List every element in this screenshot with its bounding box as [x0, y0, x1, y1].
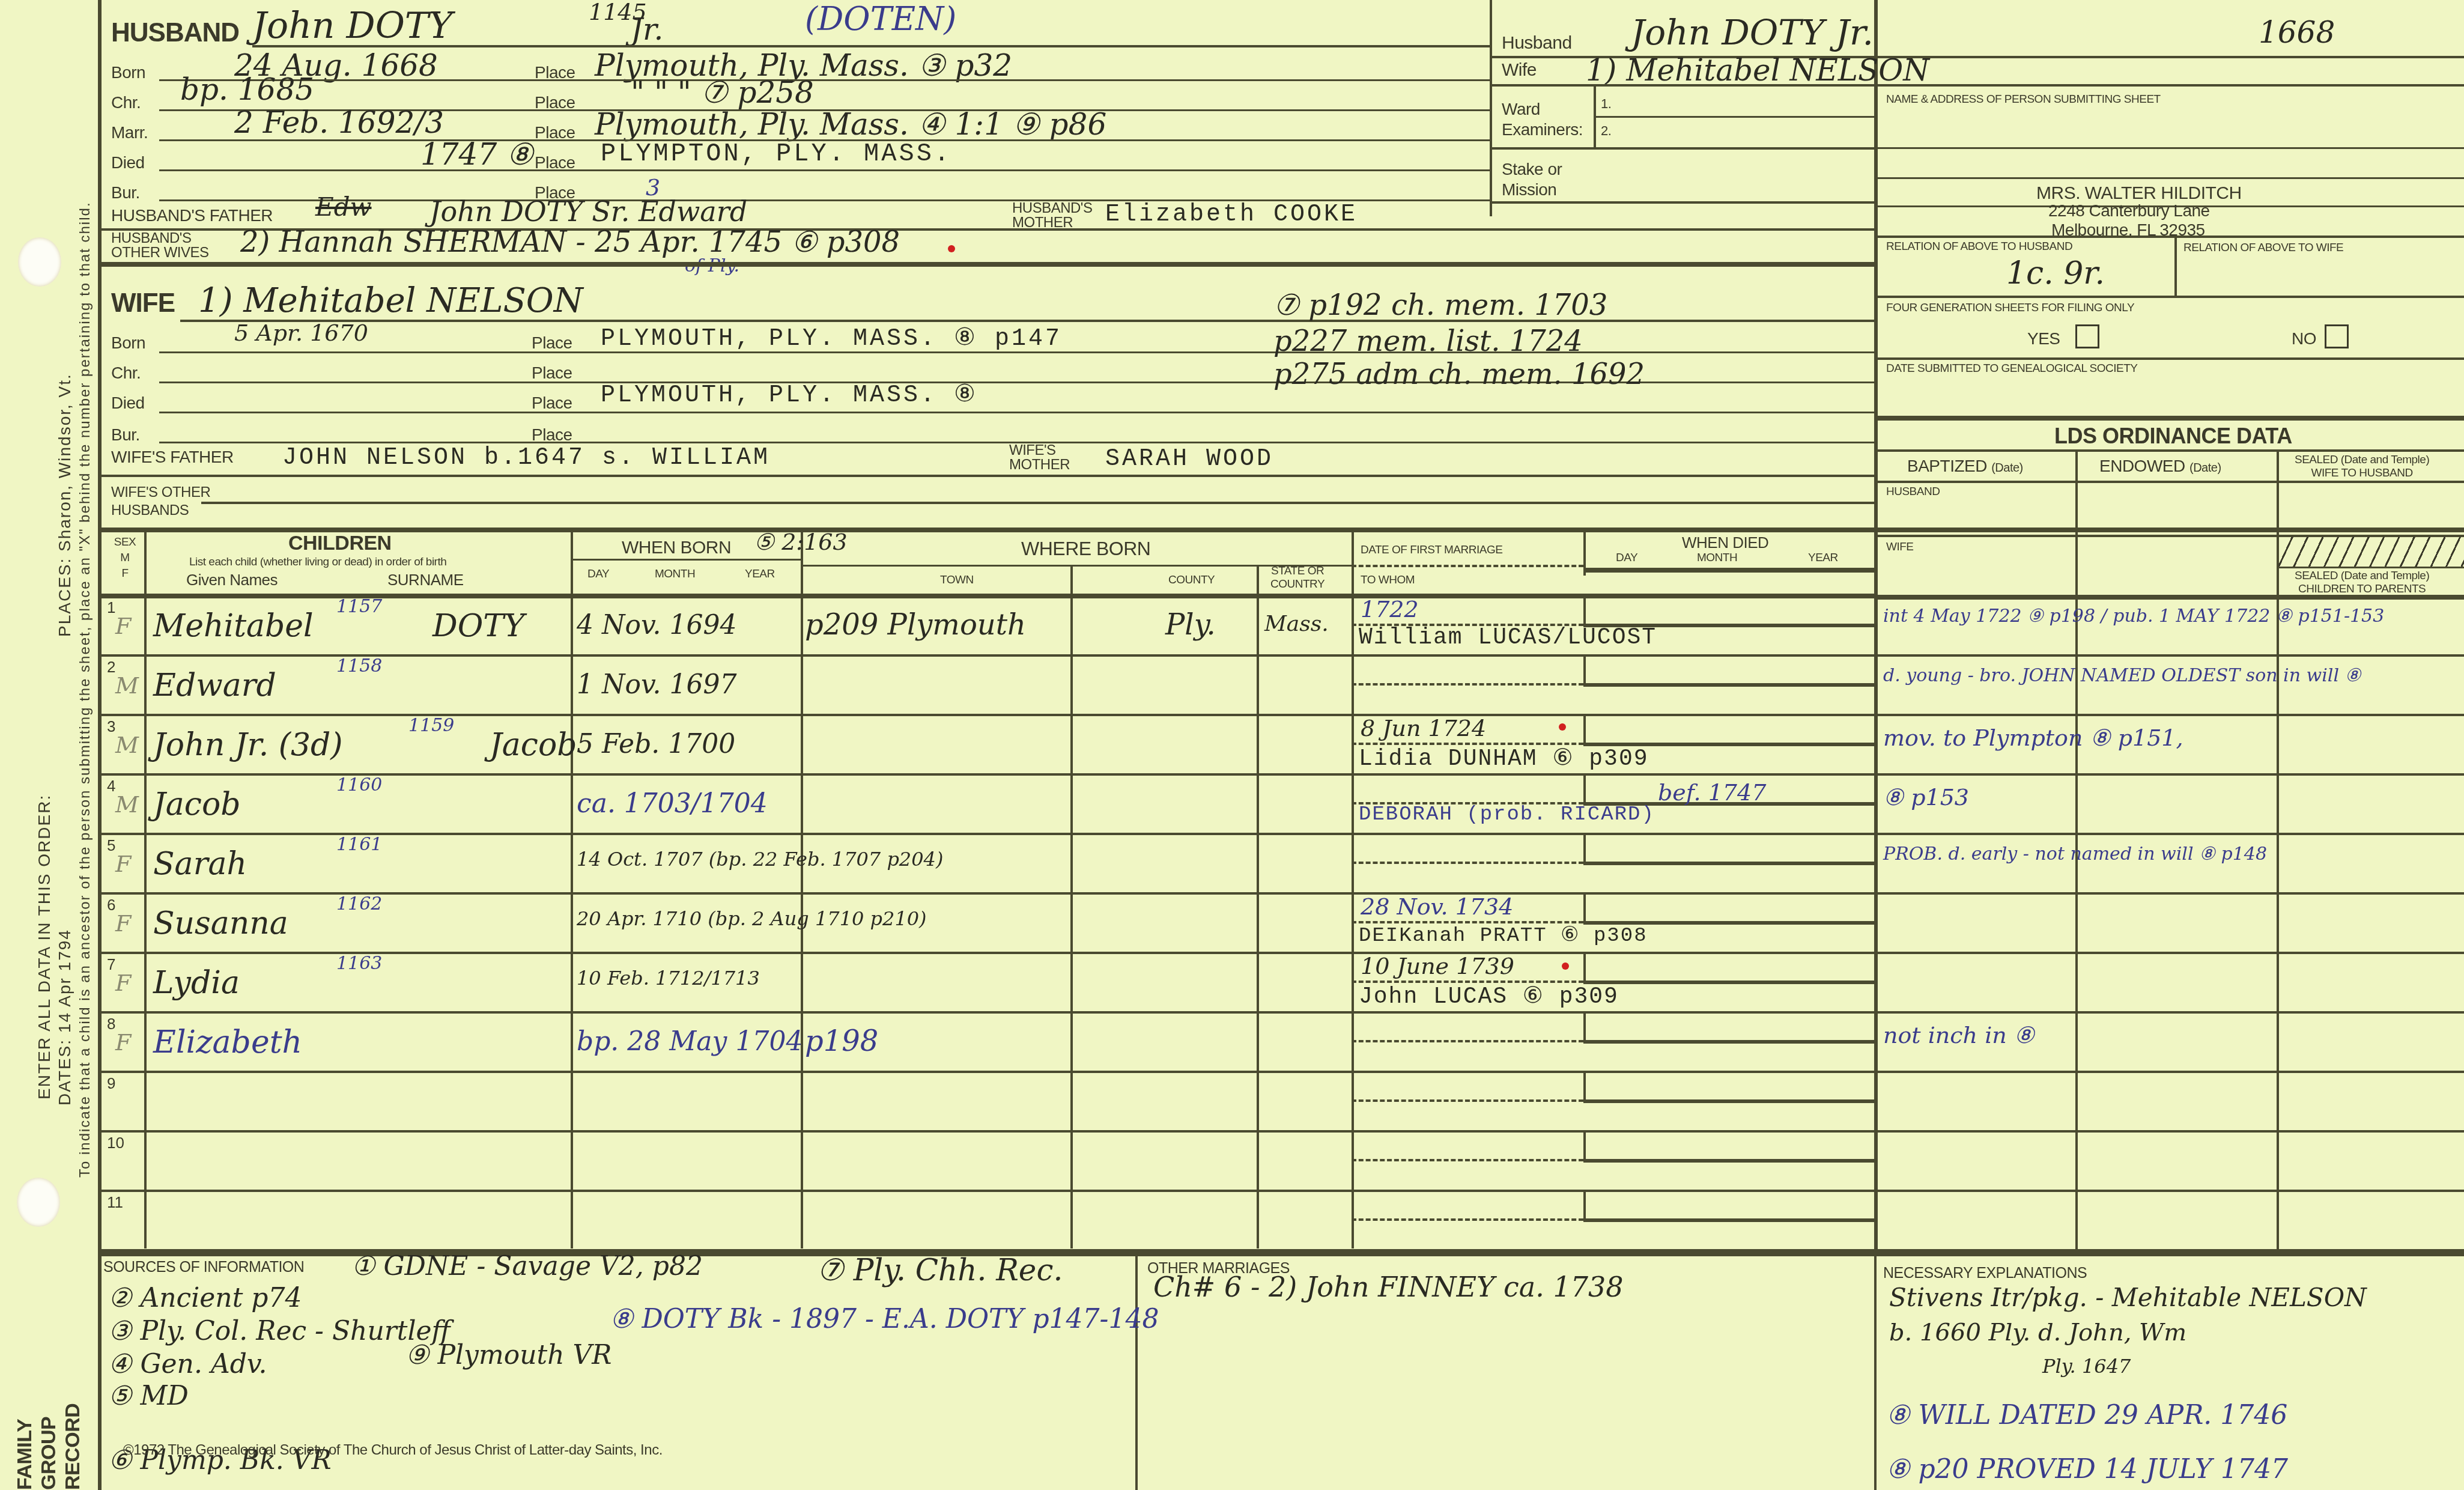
husbands-other-wives-label: HUSBAND'SOTHER WIVES [111, 231, 209, 260]
rule [1874, 416, 2464, 421]
rule [1352, 1099, 1583, 1102]
divider [1874, 1251, 1877, 1490]
explanation-line: ⑧ WILL DATED 29 APR. 1746 [1886, 1400, 2287, 1431]
wife-church-note: p275 adm ch. mem. 1692 [1273, 357, 1645, 391]
day-header: DAY [587, 568, 609, 581]
rule [98, 475, 1874, 477]
child-marriage-date: 28 Nov. 1734 [1361, 893, 1513, 920]
header-text: STATE OR [1271, 565, 1324, 577]
rule [98, 1011, 2464, 1014]
relation-wife-label: RELATION OF ABOVE TO WIFE [2183, 242, 2343, 255]
rule [98, 528, 2464, 532]
divider [1583, 773, 1586, 802]
rule [98, 1130, 2464, 1133]
child-birth-date: bp. 28 May 1704 [577, 1026, 803, 1057]
child-sex: M [115, 672, 139, 699]
lds-title: LDS ORDINANCE DATA [2054, 424, 2292, 449]
right-wife-label: Wife [1502, 60, 1537, 81]
when-born-header: WHEN BORN [622, 538, 731, 558]
right-panel-border [1874, 0, 1878, 1256]
no-checkbox[interactable] [2325, 324, 2349, 348]
husband-chr-place: " " " ⑦ p258 [631, 75, 814, 110]
source-item: ⑦ Ply. Chh. Rec. [817, 1253, 1063, 1288]
wifes-other-husbands-label: WIFE'S OTHERHUSBANDS [111, 484, 210, 520]
when-died-header: WHEN DIED [1682, 534, 1768, 552]
divider [1352, 528, 1354, 1248]
lds-husband-row: HUSBAND [1886, 485, 1940, 499]
rule [159, 79, 1490, 81]
label-line: OTHER WIVES [111, 245, 209, 261]
rule [1583, 1159, 1874, 1163]
label-line: HUSBANDS [111, 502, 189, 518]
header-text: WIFE TO HUSBAND [2311, 467, 2413, 479]
ancestor-instruction: To indicate that a child is an ancestor … [77, 201, 94, 1178]
rule [98, 1071, 2464, 1073]
child-row-number: 7 [107, 955, 115, 974]
husbands-mother-label: HUSBAND'SMOTHER [1012, 201, 1092, 230]
endowed-header: ENDOWED (Date) [2099, 457, 2221, 476]
to-whom-header: TO WHOM [1361, 574, 1415, 587]
child-row-number: 9 [107, 1074, 115, 1093]
child-notes: not inch in ⑧ [1883, 1022, 2035, 1048]
child-birth-state: Mass. [1264, 612, 1329, 636]
child-given-name: John Jr. (3d) [153, 727, 343, 763]
sheet-number: 1668 [2259, 15, 2335, 50]
child-given-name: Jacob [153, 786, 241, 823]
places-instruction: PLACES: Sharon, Windsor, Vt. [55, 373, 74, 637]
child-row-number: 8 [107, 1015, 115, 1033]
husbands-father-label: HUSBAND'S FATHER [111, 206, 273, 225]
rule [1583, 1040, 1874, 1044]
submitter-label: NAME & ADDRESS OF PERSON SUBMITTING SHEE… [1886, 93, 2161, 106]
source-item: ③ Ply. Col. Rec - Shurtleff [108, 1316, 451, 1346]
husband-died-date: 1747 ⑧ [420, 137, 533, 172]
child-birth-date: 14 Oct. 1707 (bp. 22 Feb. 1707 p204) [577, 848, 943, 871]
died-day-header: DAY [1616, 552, 1637, 565]
binder-hole [17, 1178, 60, 1227]
bur-label: Bur. [111, 183, 140, 202]
left-border [98, 0, 102, 1490]
husband-suffix: Jr. [631, 12, 663, 47]
relation-husband-value: 1c. 9r. [2006, 255, 2105, 291]
child-spouse: DEIKanah PRATT ⑥ p308 [1359, 922, 1648, 947]
header-text: SEX [114, 536, 136, 549]
label-line: WIFE'S OTHER [111, 484, 210, 500]
husband-died-place: PLYMPTON, PLY. MASS. [601, 139, 951, 168]
wifes-father: JOHN NELSON b.1647 s. WILLIAM [282, 445, 770, 472]
stake-mission-label: Stake orMission [1502, 159, 1562, 200]
rule [1874, 296, 2464, 298]
husband-marr-date: 2 Feb. 1692/3 [234, 105, 444, 140]
husbands-mother: Elizabeth COOKE [1105, 201, 1358, 228]
child-row-number: 3 [107, 717, 115, 736]
rule [1583, 1099, 1874, 1103]
wifes-mother: SARAH WOOD [1105, 446, 1273, 473]
submitter-street: 2248 Canterbury Lane [2048, 201, 2210, 220]
rule [159, 412, 1874, 413]
child-birth-date: 10 Feb. 1712/1713 [577, 967, 760, 990]
child-sex: F [115, 613, 131, 639]
rule [159, 351, 1874, 353]
child-sex: M [115, 791, 139, 818]
child-ref-number: 1157 [336, 596, 382, 617]
rule [1583, 862, 1874, 865]
died-label: Died [111, 153, 145, 172]
rule [98, 952, 2464, 954]
husband-name: John DOTY [252, 5, 452, 47]
child-marriage-date: 8 Jun 1724 [1361, 715, 1486, 741]
divider [1583, 714, 1586, 743]
label-line: MOTHER [1009, 457, 1070, 473]
when-born-note: ⑤ 2:163 [754, 529, 848, 555]
explanation-line: b. 1660 Ply. d. John, Wm [1889, 1319, 2186, 1346]
divider [1583, 1190, 1586, 1218]
rule [159, 169, 1490, 171]
husband-heading: HUSBAND [111, 18, 239, 48]
died-label: Died [111, 394, 145, 413]
sealed-wife-header: SEALED (Date and Temple)WIFE TO HUSBAND [2295, 454, 2429, 480]
child-notes: mov. to Plympton ⑧ p151, [1883, 725, 2183, 751]
child-row-number: 5 [107, 836, 115, 855]
child-given-name: Edward [153, 667, 276, 704]
child-birth-town: p198 [805, 1024, 878, 1058]
child-row-number: 11 [107, 1193, 123, 1212]
husbands-other-wives: 2) Hannah SHERMAN - 25 Apr. 1745 ⑥ p308 [240, 225, 900, 259]
rule [1874, 595, 2464, 600]
red-marker [948, 245, 955, 252]
born-label: Born [111, 63, 145, 82]
divider [1583, 892, 1586, 921]
child-ref-number: 1162 [336, 893, 382, 914]
form-title-line: FAMILY [13, 1419, 37, 1490]
no-label: NO [2292, 329, 2316, 348]
source-item: ① GDNE - Savage V2, p82 [351, 1251, 703, 1282]
child-marriage-date: 1722 [1361, 596, 1419, 622]
sex-header: SEXMF [110, 535, 140, 582]
examiner-1[interactable]: 1. [1601, 96, 1611, 112]
right-husband-value: John DOTY Jr. [1631, 12, 1874, 53]
label-line: HUSBAND'S [111, 230, 191, 246]
wife-church-note: ⑦ p192 ch. mem. 1703 [1273, 288, 1607, 322]
divider [1135, 1251, 1138, 1490]
died-month-header: MONTH [1697, 552, 1737, 565]
rule [2277, 567, 2464, 568]
submitter-name: MRS. WALTER HILDITCH [2036, 183, 2242, 204]
header-text: CHILDREN TO PARENTS [2298, 583, 2426, 595]
lds-wife-row: WIFE [1886, 541, 1914, 554]
child-given-name: Mehitabel [153, 608, 314, 644]
rule [1352, 1159, 1583, 1161]
divider [801, 528, 803, 1248]
rule [1352, 683, 1583, 686]
form-title-line: RECORD [61, 1403, 85, 1490]
rule [1874, 449, 2464, 452]
child-birth-town: p209 Plymouth [805, 608, 1026, 642]
header-text: F [121, 567, 128, 580]
rule [1352, 565, 1583, 567]
header-text: M [120, 552, 129, 564]
wife-church-note: p227 mem. list. 1724 [1273, 324, 1583, 358]
child-row-number: 6 [107, 896, 115, 914]
rule [1594, 116, 1874, 118]
rule [1874, 481, 2464, 483]
divider [1583, 952, 1586, 981]
source-item: ② Ancient p74 [108, 1283, 302, 1313]
rule [1490, 147, 1874, 150]
red-marker [1562, 962, 1569, 970]
bur-label: Bur. [111, 425, 140, 445]
divider [2174, 236, 2177, 296]
header-text: COUNTRY [1270, 578, 1325, 591]
chr-label: Chr. [111, 93, 141, 112]
explanation-line: ⑧ p20 PROVED 14 JULY 1747 [1886, 1454, 2288, 1485]
town-header: TOWN [940, 574, 974, 587]
four-gen-label: FOUR GENERATION SHEETS FOR FILING ONLY [1886, 302, 2134, 315]
husbands-father-struck: Edw [315, 192, 372, 222]
rule [1874, 147, 2464, 149]
born-label: Born [111, 333, 145, 353]
wife-born-date: 5 Apr. 1670 [234, 320, 368, 346]
child-given-name: Susanna [153, 905, 288, 941]
child-notes: PROB. d. early - not named in will ⑧ p14… [1883, 844, 2267, 865]
rule [1583, 1218, 1874, 1222]
dates-instruction: DATES: 14 Apr 1794 [55, 929, 74, 1105]
child-ref-number: 1161 [336, 834, 382, 855]
yes-label: YES [2027, 329, 2060, 348]
children-instruction: List each child (whether living or dead)… [189, 556, 446, 569]
divider [1583, 833, 1586, 862]
first-marriage-header: DATE OF FIRST MARRIAGE [1361, 544, 1502, 557]
child-ref-number: 1159 [408, 715, 454, 736]
child-sex: F [115, 1029, 131, 1056]
divider [1583, 595, 1586, 624]
rule [1583, 568, 1874, 573]
examiner-2[interactable]: 2. [1601, 123, 1611, 139]
header-text: SEALED (Date and Temple) [2295, 570, 2429, 582]
rule [98, 892, 2464, 895]
divider [1490, 0, 1492, 216]
child-surname: DOTY [432, 608, 524, 644]
ward-examiners-label: WardExaminers: [1502, 99, 1583, 140]
where-born-header: WHERE BORN [1021, 538, 1150, 560]
surname-header: SURNAME [387, 571, 464, 589]
child-birth-date: 20 Apr. 1710 (bp. 2 Aug 1710 p210) [577, 907, 927, 930]
place-label: Place [532, 333, 572, 353]
child-notes: d. young - bro. JOHN NAMED OLDEST son in… [1883, 665, 2361, 686]
rule [180, 320, 1874, 322]
rule [201, 502, 1874, 504]
sealed-children-header: SEALED (Date and Temple)CHILDREN TO PARE… [2295, 570, 2429, 596]
child-birth-date: 4 Nov. 1694 [577, 610, 737, 640]
wife-born-place: PLYMOUTH, PLY. MASS. ⑧ p147 [601, 323, 1062, 353]
copyright: ©1972 The Genealogical Society of The Ch… [123, 1442, 663, 1459]
label-line: Ward [1502, 100, 1540, 118]
label-line: Stake or [1502, 160, 1562, 178]
county-header: COUNTY [1168, 574, 1215, 587]
binder-hole [18, 237, 61, 287]
hatched-area [2278, 537, 2464, 567]
marr-label: Marr. [111, 123, 148, 142]
rule [1583, 981, 1874, 984]
label-line: Examiners: [1502, 120, 1583, 139]
place-label: Place [532, 394, 572, 413]
rule [1583, 683, 1874, 687]
child-birth-date: ca. 1703/1704 [577, 788, 768, 819]
date-submitted-label: DATE SUBMITTED TO GENEALOGICAL SOCIETY [1886, 362, 2137, 376]
right-husband-label: Husband [1502, 33, 1572, 53]
divider [1583, 654, 1586, 683]
year-header: YEAR [745, 568, 775, 581]
header-suffix: (Date) [2189, 461, 2221, 475]
explanation-line: Stivens Itr/pkg. - Mehitable NELSON [1889, 1283, 2367, 1312]
child-sex: F [115, 970, 131, 996]
rule [98, 833, 2464, 835]
source-item: ④ Gen. Adv. [108, 1349, 267, 1379]
wife-heading: WIFE [111, 288, 175, 318]
husband-alt-name: (DOTEN) [805, 0, 956, 38]
source-item: ⑧ DOTY Bk - 1897 - E.A. DOTY p147-148 [610, 1304, 1159, 1334]
divider [1583, 1011, 1586, 1040]
wife-name: 1) Mehitabel NELSON [198, 281, 583, 320]
child-ref-number: 1160 [336, 774, 382, 795]
rule [98, 262, 1874, 267]
child-row-number: 1 [107, 598, 115, 617]
child-sex: F [115, 851, 131, 877]
wifes-father-label: WIFE'S FATHER [111, 448, 234, 467]
explanation-line: Ply. 1647 [2042, 1355, 2131, 1378]
child-given-name: Sarah [153, 846, 247, 882]
child-spouse: DEBORAH (prob. RICARD) [1359, 803, 1655, 826]
wifes-mother-label: WIFE'SMOTHER [1009, 443, 1070, 472]
source-item: ⑨ Plymouth VR [405, 1340, 611, 1370]
child-row-number: 10 [107, 1134, 124, 1152]
child-ref-number: 1163 [336, 953, 382, 974]
yes-checkbox[interactable] [2075, 324, 2099, 348]
form-title-line: GROUP [37, 1417, 61, 1490]
child-ref-number: 1158 [336, 655, 382, 677]
rule [1352, 862, 1583, 864]
rule [98, 1190, 2464, 1192]
rule [1874, 236, 2464, 238]
child-sex: F [115, 910, 131, 937]
state-header: STATE ORCOUNTRY [1270, 565, 1325, 591]
rule [1490, 84, 2464, 87]
husband-marr-place: Plymouth, Ply. Mass. ④ 1:1 ⑨ p86 [595, 107, 1106, 142]
child-row-number: 2 [107, 658, 115, 677]
source-item: ⑤ MD [108, 1381, 189, 1411]
right-wife-value: 1) Mehitabel NELSON [1586, 53, 1929, 88]
rule [801, 565, 1352, 567]
other-marriages-text: Ch# 6 - 2) John FINNEY ca. 1738 [1153, 1271, 1624, 1303]
child-surname: Jacob [490, 727, 577, 763]
enter-all-instruction: ENTER ALL DATA IN THIS ORDER: [35, 794, 54, 1099]
sources-label: SOURCES OF INFORMATION [103, 1259, 304, 1276]
rule [1874, 177, 2464, 179]
wife-died-place: PLYMOUTH, PLY. MASS. ⑧ [601, 380, 978, 409]
chr-label: Chr. [111, 363, 141, 383]
red-marker [1559, 723, 1566, 731]
divider [144, 528, 147, 1248]
header-text: SEALED (Date and Temple) [2295, 454, 2429, 466]
child-given-name: Elizabeth [153, 1024, 302, 1060]
divider [1583, 1071, 1586, 1099]
place-label: Place [532, 363, 572, 383]
child-birth-county: Ply. [1165, 608, 1216, 642]
rule [1874, 357, 2464, 360]
rule [1490, 201, 1874, 204]
label-line: HUSBAND'S [1012, 200, 1092, 216]
child-spouse: Lidia DUNHAM ⑥ p309 [1359, 744, 1649, 772]
header-text: ENDOWED [2099, 457, 2185, 475]
divider [1070, 565, 1073, 1248]
month-header: MONTH [655, 568, 695, 581]
header-suffix: (Date) [1991, 461, 2023, 475]
child-sex: M [115, 732, 139, 758]
explanations-label: NECESSARY EXPLANATIONS [1883, 1265, 2087, 1282]
rule [1352, 1218, 1583, 1221]
husband-chr-date: bp. 1685 [180, 72, 314, 107]
child-marriage-date: 10 June 1739 [1361, 953, 1514, 979]
child-birth-date: 5 Feb. 1700 [577, 729, 735, 759]
child-spouse: John LUCAS ⑥ p309 [1359, 982, 1619, 1010]
rule [252, 45, 1490, 47]
children-heading: CHILDREN [288, 532, 392, 555]
rule [1352, 1040, 1583, 1042]
rule [98, 654, 2464, 657]
child-row-number: 4 [107, 777, 115, 795]
child-spouse: William LUCAS/LUCOST [1359, 625, 1657, 651]
child-death-date: bef. 1747 [1658, 779, 1766, 806]
rule [571, 559, 801, 561]
divider [1583, 1130, 1586, 1159]
given-names-header: Given Names [186, 571, 278, 589]
header-text: BAPTIZED [1907, 457, 1987, 475]
child-notes: ⑧ p153 [1883, 784, 1969, 810]
divider [1257, 565, 1259, 1248]
label-line: Mission [1502, 180, 1556, 199]
divider [571, 528, 573, 1248]
rule [98, 773, 2464, 776]
child-notes: int 4 May 1722 ⑨ p198 / pub. 1 MAY 1722 … [1883, 606, 2384, 627]
relation-husband-label: RELATION OF ABOVE TO HUSBAND [1886, 240, 2072, 254]
husbands-father: John DOTY Sr. Edward [429, 195, 747, 228]
divider [2277, 449, 2279, 1256]
child-birth-date: 1 Nov. 1697 [577, 669, 737, 700]
child-given-name: Lydia [153, 965, 240, 1001]
died-year-header: YEAR [1808, 552, 1838, 565]
baptized-header: BAPTIZED (Date) [1907, 457, 2023, 476]
label-line: WIFE'S [1009, 442, 1056, 458]
